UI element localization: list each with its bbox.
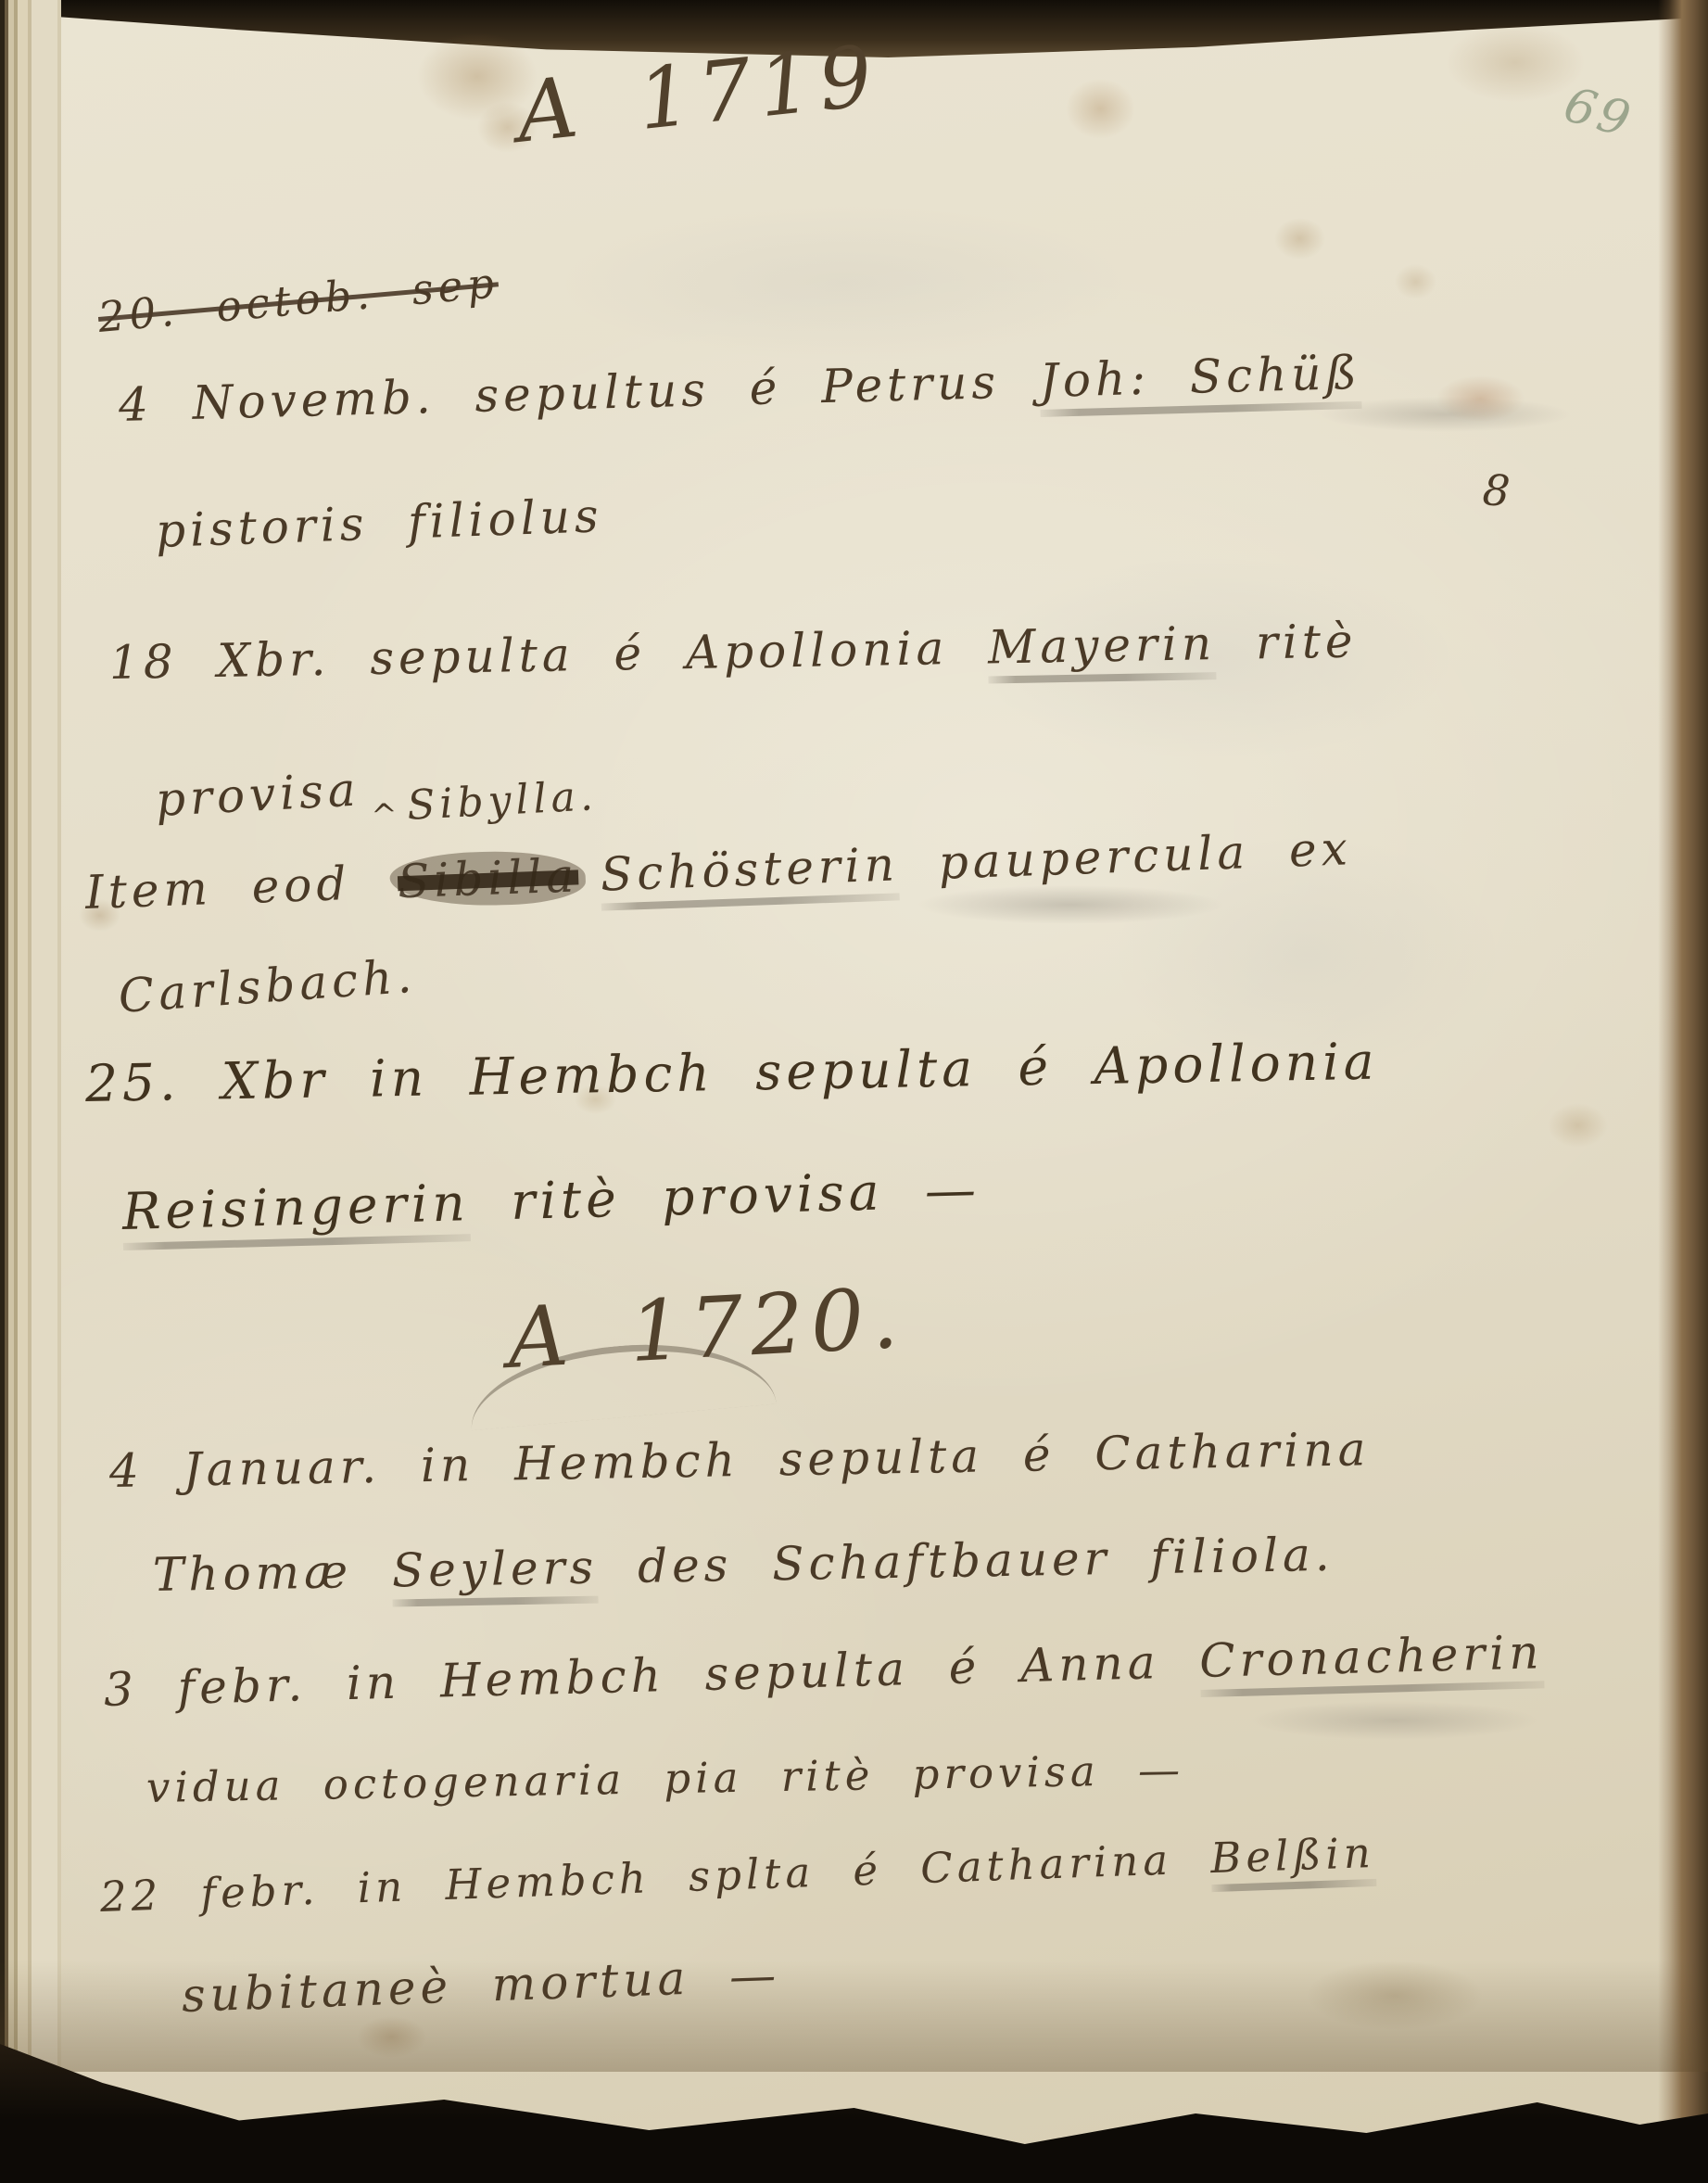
underlined-surname: Schösterin	[600, 837, 900, 910]
marginal-number: 8	[1481, 468, 1515, 513]
underlined-surname: Cronacherin	[1199, 1625, 1545, 1697]
entry-text: 22 febr. in Hembch splta é Catharina	[99, 1834, 1211, 1922]
burial-entry-1719-nov4-line1: 4 Novemb. sepultus é Petrus Joh: Schüß	[118, 349, 1361, 428]
burial-entry-1719-dec18-line2: provisa	[155, 766, 361, 822]
page-edges-left	[0, 0, 85, 2183]
manuscript-page: 69 A 1719 20. octob. sep 4 Novemb. sepul…	[0, 0, 1708, 2183]
underlined-surname: Joh: Schüß	[1039, 346, 1362, 417]
burial-entry-1720-feb3-line2: vidua octogenaria pia ritè provisa —	[146, 1748, 1185, 1809]
page-gutter-right	[1658, 0, 1708, 2183]
entry-text: ritè provisa —	[469, 1160, 981, 1232]
underlined-surname: Mayerin	[988, 616, 1217, 683]
burial-entry-1719-dec25-line2: Reisingerin ritè provisa —	[121, 1164, 981, 1237]
page-bottom-shadow	[0, 1961, 1708, 2072]
entry-text: Thomæ	[152, 1544, 392, 1602]
inserted-word: ^Sibylla.	[370, 776, 599, 832]
underlined-surname: Reisingerin	[121, 1173, 471, 1250]
burial-entry-1719-dec18-line1: 18 Xbr. sepulta é Apollonia Mayerin ritè	[109, 618, 1358, 686]
struck-word: Sibilla	[389, 848, 587, 908]
entry-text: des Schaftbauer filiola.	[598, 1528, 1335, 1594]
year-heading-1720: A 1720.	[506, 1277, 907, 1381]
burial-entry-1719-item-line1: Item eod SibillaSchösterin paupercula ex	[84, 825, 1352, 916]
year-heading-1719: A 1719	[512, 34, 883, 156]
burial-entry-1720-jan4-line2: Thomæ Seylers des Schaftbauer filiola.	[153, 1531, 1335, 1598]
entry-text: 18 Xbr. sepulta é Apollonia	[108, 620, 988, 690]
entry-text: 3 febr. in Hembch sepulta é Anna	[103, 1634, 1200, 1717]
underlined-surname: Belßin	[1209, 1828, 1376, 1892]
caret-mark: ^	[370, 796, 403, 835]
burial-entry-1720-jan4-line1: 4 Januar. in Hembch sepulta é Catharina	[109, 1426, 1371, 1494]
entry-text: ritè	[1215, 615, 1357, 671]
burial-entry-1719-item-line2: Carlsbach.	[117, 953, 417, 1020]
burial-entry-1720-feb3-line1: 3 febr. in Hembch sepulta é Anna Cronach…	[103, 1629, 1544, 1713]
underlined-surname: Seylers	[391, 1541, 598, 1607]
entry-text: paupercula ex	[898, 821, 1353, 891]
struck-entry: 20. octob. sep	[96, 261, 500, 338]
entry-text: Item eod	[84, 856, 391, 920]
entry-text: 4 Novemb. sepultus é Petrus	[118, 354, 1040, 432]
manuscript-scan: 69 A 1719 20. octob. sep 4 Novemb. sepul…	[0, 0, 1708, 2183]
inserted-name: Sibylla.	[406, 772, 599, 830]
burial-entry-1719-dec25-line1: 25. Xbr in Hembch sepulta é Apollonia	[85, 1036, 1379, 1110]
folio-number: 69	[1558, 77, 1639, 149]
burial-entry-1720-feb22-line1: 22 febr. in Hembch splta é Catharina Bel…	[99, 1832, 1375, 1918]
burial-entry-1719-nov4-line2: pistoris filiolus	[155, 492, 603, 554]
